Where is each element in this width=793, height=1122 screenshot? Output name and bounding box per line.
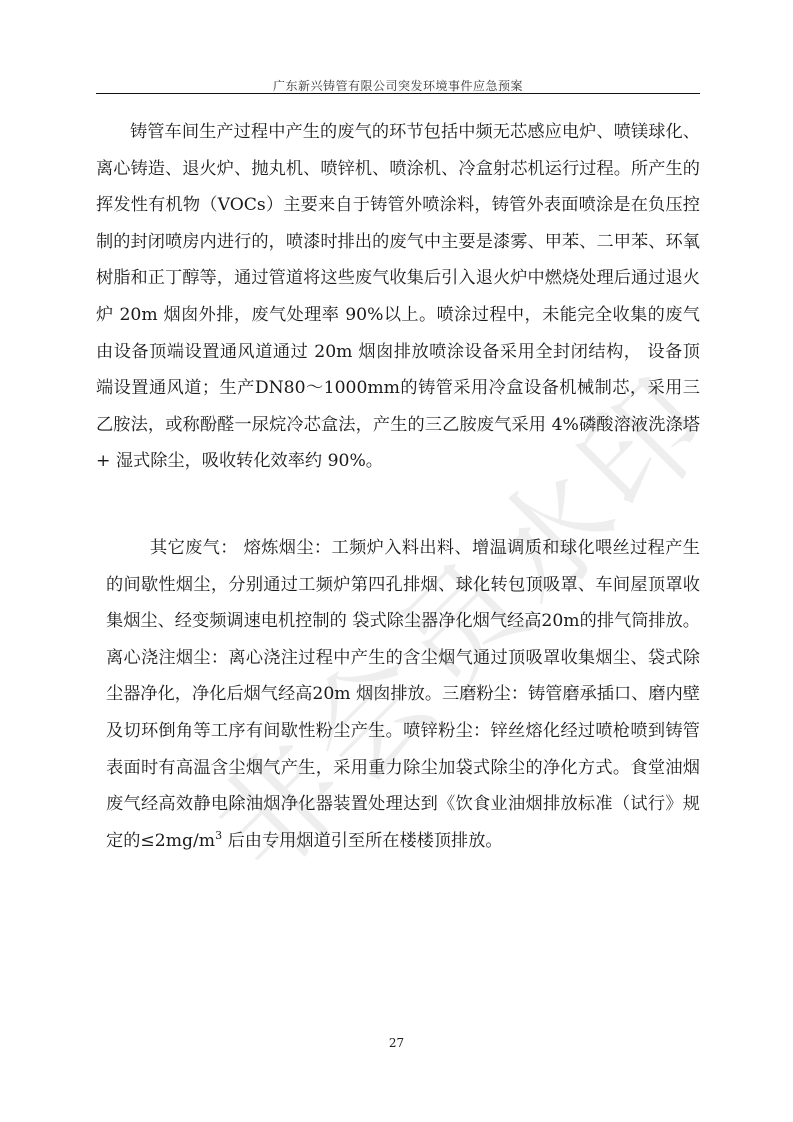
- paragraph-other-emissions: 其它废气： 熔炼烟尘：工频炉入料出料、增温调质和球化喂丝过程产生的间歇性烟尘，分…: [96, 530, 700, 859]
- paragraph-other-emissions-main: 其它废气： 熔炼烟尘：工频炉入料出料、增温调质和球化喂丝过程产生的间歇性烟尘，分…: [106, 538, 700, 851]
- page-header-title: 广东新兴铸管有限公司突发环境事件应急预案: [96, 77, 700, 94]
- header-divider: [96, 93, 700, 94]
- paragraph-casting-workshop-emissions: 铸管车间生产过程中产生的废气的环节包括中频无芯感应电炉、喷镁球化、离心铸造、退火…: [96, 114, 700, 480]
- paragraph-other-emissions-tail: 后由专用烟道引至所在楼楼顶排放。: [222, 831, 502, 851]
- page-number: 27: [0, 1036, 793, 1050]
